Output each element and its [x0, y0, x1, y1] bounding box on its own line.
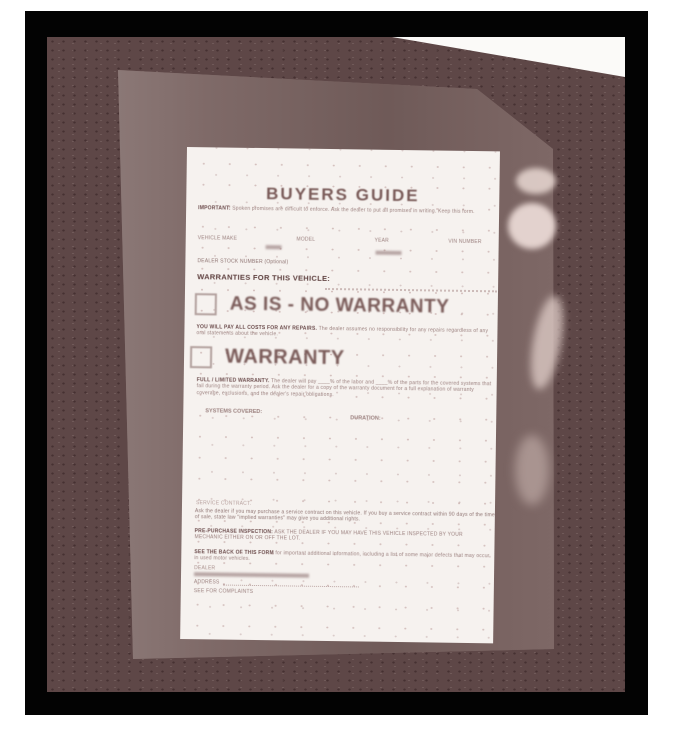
dealer-stock-label: DEALER STOCK NUMBER (Optional)	[197, 258, 288, 266]
vehicle-fields-row: VEHICLE MAKE MODEL YEAR VIN NUMBER	[198, 235, 482, 245]
form-title: BUYERS GUIDE	[186, 183, 499, 207]
systems-duration-row: SYSTEMS COVERED: DURATION:	[205, 408, 485, 418]
as-is-description: YOU WILL PAY ALL COSTS FOR ANY REPAIRS. …	[196, 324, 494, 341]
address-label: ADDRESS	[194, 579, 220, 586]
field-entry-smudge	[376, 251, 402, 255]
warranties-heading: WARRANTIES FOR THIS VEHICLE:	[197, 272, 330, 283]
sleeve-reflection-highlight	[516, 168, 556, 194]
field-label-vin: VIN NUMBER	[448, 239, 481, 246]
photo-canvas: BUYERS GUIDE IMPORTANT: Spoken promises …	[0, 0, 683, 736]
complaints-label: SEE FOR COMPLAINTS	[194, 588, 254, 595]
field-label-make: VEHICLE MAKE	[198, 235, 237, 242]
car-interior-photo: BUYERS GUIDE IMPORTANT: Spoken promises …	[47, 37, 625, 692]
service-contract-text: Ask the dealer if you may purchase a ser…	[195, 508, 495, 525]
dealer-name-smudge	[194, 572, 309, 578]
field-label-year: YEAR	[374, 238, 389, 245]
as-is-label: AS IS - NO WARRANTY	[230, 294, 450, 319]
sleeve-reflection-highlight	[508, 203, 556, 249]
as-is-option-row: AS IS - NO WARRANTY	[195, 293, 450, 319]
faint-rule	[325, 288, 497, 292]
systems-covered-label: SYSTEMS COVERED:	[205, 408, 262, 415]
service-contract-label: SERVICE CONTRACT.	[196, 500, 251, 507]
field-label-model: MODEL	[296, 237, 315, 244]
duration-label: DURATION:	[350, 415, 381, 421]
inspection-paragraph: PRE-PURCHASE INSPECTION: ASK THE DEALER …	[195, 528, 492, 545]
important-note: IMPORTANT: Spoken promises are difficult…	[198, 205, 488, 215]
sleeve-reflection-highlight	[515, 435, 549, 505]
overexposed-window-corner	[392, 37, 625, 77]
important-text: Spoken promises are difficult to enforce…	[232, 206, 475, 215]
warranty-checkbox	[190, 346, 212, 368]
dealer-label: DEALER	[194, 565, 215, 572]
as-is-checkbox	[195, 293, 217, 315]
see-back-paragraph: SEE THE BACK OF THIS FORM for important …	[194, 549, 494, 566]
address-rule	[223, 585, 359, 588]
warranty-option-row: WARRANTY	[190, 345, 345, 370]
field-entry-smudge	[266, 245, 282, 249]
warranty-label: WARRANTY	[225, 346, 345, 371]
warranty-description: FULL / LIMITED WARRANTY. The dealer will…	[197, 377, 496, 400]
buyers-guide-form: BUYERS GUIDE IMPORTANT: Spoken promises …	[180, 147, 500, 643]
important-label: IMPORTANT:	[198, 205, 231, 211]
